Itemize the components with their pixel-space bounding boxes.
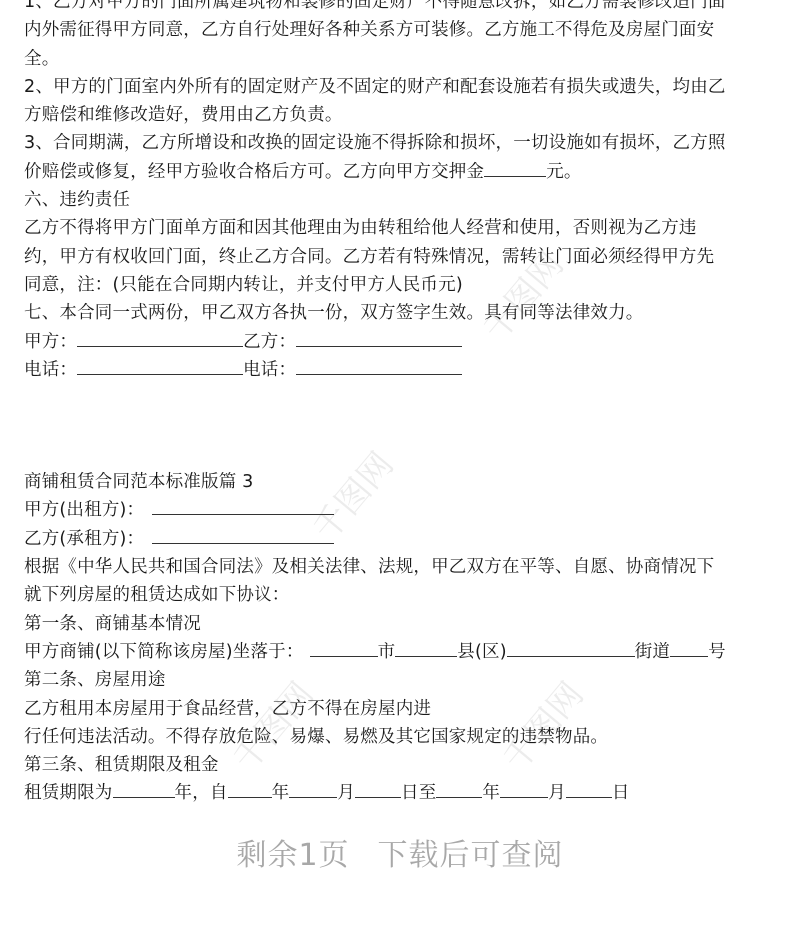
paragraph-line: 根据《中华人民共和国合同法》及相关法律、法规，甲乙双方在平等、自愿、协商情况下 <box>24 553 784 581</box>
street-blank <box>507 640 635 657</box>
section-heading: 第三条、租赁期限及租金 <box>24 751 784 779</box>
street-label: 街道 <box>635 642 670 662</box>
party-a-label: 甲方： <box>24 332 77 352</box>
section-title: 商铺租赁合同范本标准版篇 3 <box>24 468 784 496</box>
paragraph-line: 同意，注：(只能在合同期内转让，并支付甲方人民币元) <box>24 271 784 299</box>
location-line: 甲方商铺(以下简称该房屋)坐落于：市县(区)街道号 <box>24 638 784 666</box>
city-label: 市 <box>378 642 396 662</box>
county-blank <box>395 640 457 657</box>
lessor-line: 甲方(出租方)： <box>24 496 784 524</box>
section-heading: 第二条、房屋用途 <box>24 666 784 694</box>
lessor-label: 甲方(出租方)： <box>24 500 144 520</box>
location-prefix: 甲方商铺(以下简称该房屋)坐落于： <box>24 642 304 662</box>
term-years-blank <box>113 781 175 798</box>
paragraph-line: 就下列房屋的租赁达成如下协议： <box>24 581 784 609</box>
lessee-label: 乙方(承租方)： <box>24 529 144 549</box>
paragraph-line: 方赔偿和维修改造好，费用由乙方负责。 <box>24 101 784 129</box>
lessee-line: 乙方(承租方)： <box>24 525 784 553</box>
end-year-blank <box>436 781 482 798</box>
end-day-blank <box>566 781 612 798</box>
party-b-label: 乙方： <box>243 332 296 352</box>
section-heading: 七、本合同一式两份，甲乙双方各执一份，双方签字生效。具有同等法律效力。 <box>24 299 784 327</box>
phone-line: 电话：电话： <box>24 356 784 384</box>
download-prompt[interactable]: 剩余1页下载后可查阅 <box>0 830 800 874</box>
paragraph-line: 乙方不得将甲方门面单方面和因其他理由为由转租给他人经营和使用，否则视为乙方违 <box>24 214 784 242</box>
party-a-blank <box>77 330 243 347</box>
document-body: 1、乙方对甲方的门面所属建筑物和装修的固定财产不得随意改拆，如乙方需装修改造门面… <box>24 0 784 808</box>
start-day-blank <box>355 781 401 798</box>
deposit-text: 价赔偿或修复，经甲方验收合格后方可。乙方向甲方交押金 <box>24 162 484 182</box>
paragraph-line: 行任何违法活动。不得存放危险、易爆、易燃及其它国家规定的违禁物品。 <box>24 723 784 751</box>
deposit-unit: 元。 <box>546 162 581 182</box>
phone-a-blank <box>77 358 243 375</box>
download-hint-text[interactable]: 下载后可查阅 <box>378 838 564 873</box>
section-heading: 六、违约责任 <box>24 186 784 214</box>
paragraph-line: 乙方租用本房屋用于食品经营，乙方不得在房屋内进 <box>24 695 784 723</box>
start-month-label: 月 <box>337 783 355 803</box>
party-b-blank <box>296 330 462 347</box>
paragraph-line: 内外需征得甲方同意，乙方自行处理好各种关系方可装修。乙方施工不得危及房屋门面安 <box>24 16 784 44</box>
phone-b-blank <box>296 358 462 375</box>
number-blank <box>670 640 708 657</box>
paragraph-line: 1、乙方对甲方的门面所属建筑物和装修的固定财产不得随意改拆，如乙方需装修改造门面 <box>24 0 784 16</box>
phone-b-label: 电话： <box>243 360 296 380</box>
section-heading: 第一条、商铺基本情况 <box>24 610 784 638</box>
number-label: 号 <box>708 642 726 662</box>
end-month-blank <box>500 781 548 798</box>
start-year-blank <box>228 781 272 798</box>
phone-a-label: 电话： <box>24 360 77 380</box>
start-day-label: 日至 <box>401 783 436 803</box>
signature-line: 甲方：乙方： <box>24 328 784 356</box>
paragraph-line: 2、甲方的门面室内外所有的固定财产及不固定的财产和配套设施若有损失或遗失，均由乙 <box>24 73 784 101</box>
spacer <box>24 384 784 468</box>
start-year-label: 年 <box>272 783 290 803</box>
paragraph-line: 全。 <box>24 45 784 73</box>
end-year-label: 年 <box>482 783 500 803</box>
lessor-blank <box>152 498 334 515</box>
paragraph-line: 约，甲方有权收回门面，终止乙方合同。乙方若有特殊情况，需转让门面必须经得甲方先 <box>24 243 784 271</box>
county-label: 县(区) <box>457 642 506 662</box>
end-month-label: 月 <box>548 783 566 803</box>
paragraph-line: 3、合同期满，乙方所增设和改换的固定设施不得拆除和损坏，一切设施如有损坏，乙方照 <box>24 129 784 157</box>
term-line: 租赁期限为年，自年月日至年月日 <box>24 779 784 807</box>
deposit-line: 价赔偿或修复，经甲方验收合格后方可。乙方向甲方交押金元。 <box>24 158 784 186</box>
city-blank <box>310 640 378 657</box>
term-prefix: 租赁期限为 <box>24 783 113 803</box>
lessee-blank <box>152 527 334 544</box>
remaining-pages-text: 剩余1页 <box>236 838 349 873</box>
end-day-label: 日 <box>612 783 630 803</box>
start-month-blank <box>289 781 337 798</box>
deposit-blank <box>484 160 546 177</box>
term-years-label: 年，自 <box>175 783 228 803</box>
